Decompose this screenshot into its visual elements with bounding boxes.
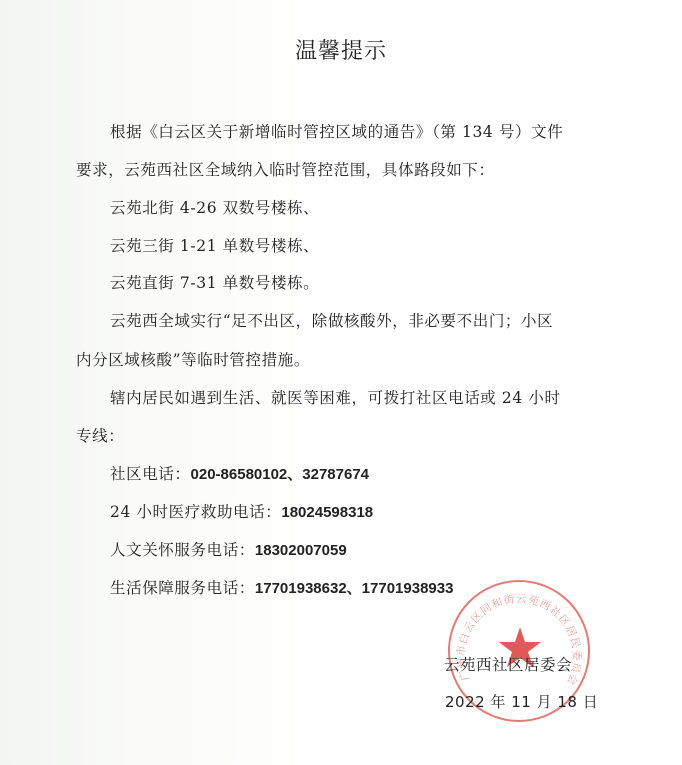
contact-label: 社区电话： — [110, 465, 191, 483]
contact-value: 17701938632、17701938933 — [255, 580, 454, 597]
signature-date: 2022 年 11 月 18 日 — [445, 691, 598, 712]
contact-label: 人文关怀服务电话： — [110, 541, 255, 559]
contact-supply-phone: 生活保障服务电话：17701938632、17701938933 — [110, 576, 453, 598]
contact-community-phone: 社区电话：020-86580102、32787674 — [110, 462, 369, 484]
page-title: 温馨提示 — [0, 34, 682, 65]
contact-value: 18302007059 — [255, 542, 347, 559]
contact-label: 生活保障服务电话： — [110, 579, 255, 597]
paragraph-1-line-1: 根据《白云区关于新增临时管控区域的通告》（第 134 号）文件 — [110, 120, 563, 142]
notice-page: 温馨提示 根据《白云区关于新增临时管控区域的通告》（第 134 号）文件 要求，… — [0, 0, 682, 765]
road-item: 云苑三街 1-21 单数号楼栋、 — [110, 234, 319, 256]
paragraph-3-line-2: 专线： — [76, 424, 124, 446]
paragraph-2-line-2: 内分区域核酸”等临时管控措施。 — [76, 348, 310, 370]
contact-medical-phone: 24 小时医疗救助电话：18024598318 — [110, 500, 373, 522]
paragraph-3-line-1: 辖内居民如遇到生活、就医等困难，可拨打社区电话或 24 小时 — [110, 386, 561, 408]
road-item: 云苑直街 7-31 单数号楼栋。 — [110, 271, 319, 293]
paragraph-2-line-1: 云苑西全域实行“足不出区，除做核酸外，非必要不出门；小区 — [110, 309, 553, 331]
signature-committee: 云苑西社区居委会 — [444, 653, 572, 675]
contact-label: 24 小时医疗救助电话： — [110, 503, 281, 521]
road-item: 云苑北街 4-26 双数号楼栋、 — [110, 196, 319, 218]
contact-value: 020-86580102、32787674 — [191, 466, 370, 483]
contact-care-phone: 人文关怀服务电话：18302007059 — [110, 538, 347, 560]
paragraph-1-line-2: 要求，云苑西社区全域纳入临时管控范围，具体路段如下： — [76, 158, 495, 180]
contact-value: 18024598318 — [281, 504, 373, 521]
